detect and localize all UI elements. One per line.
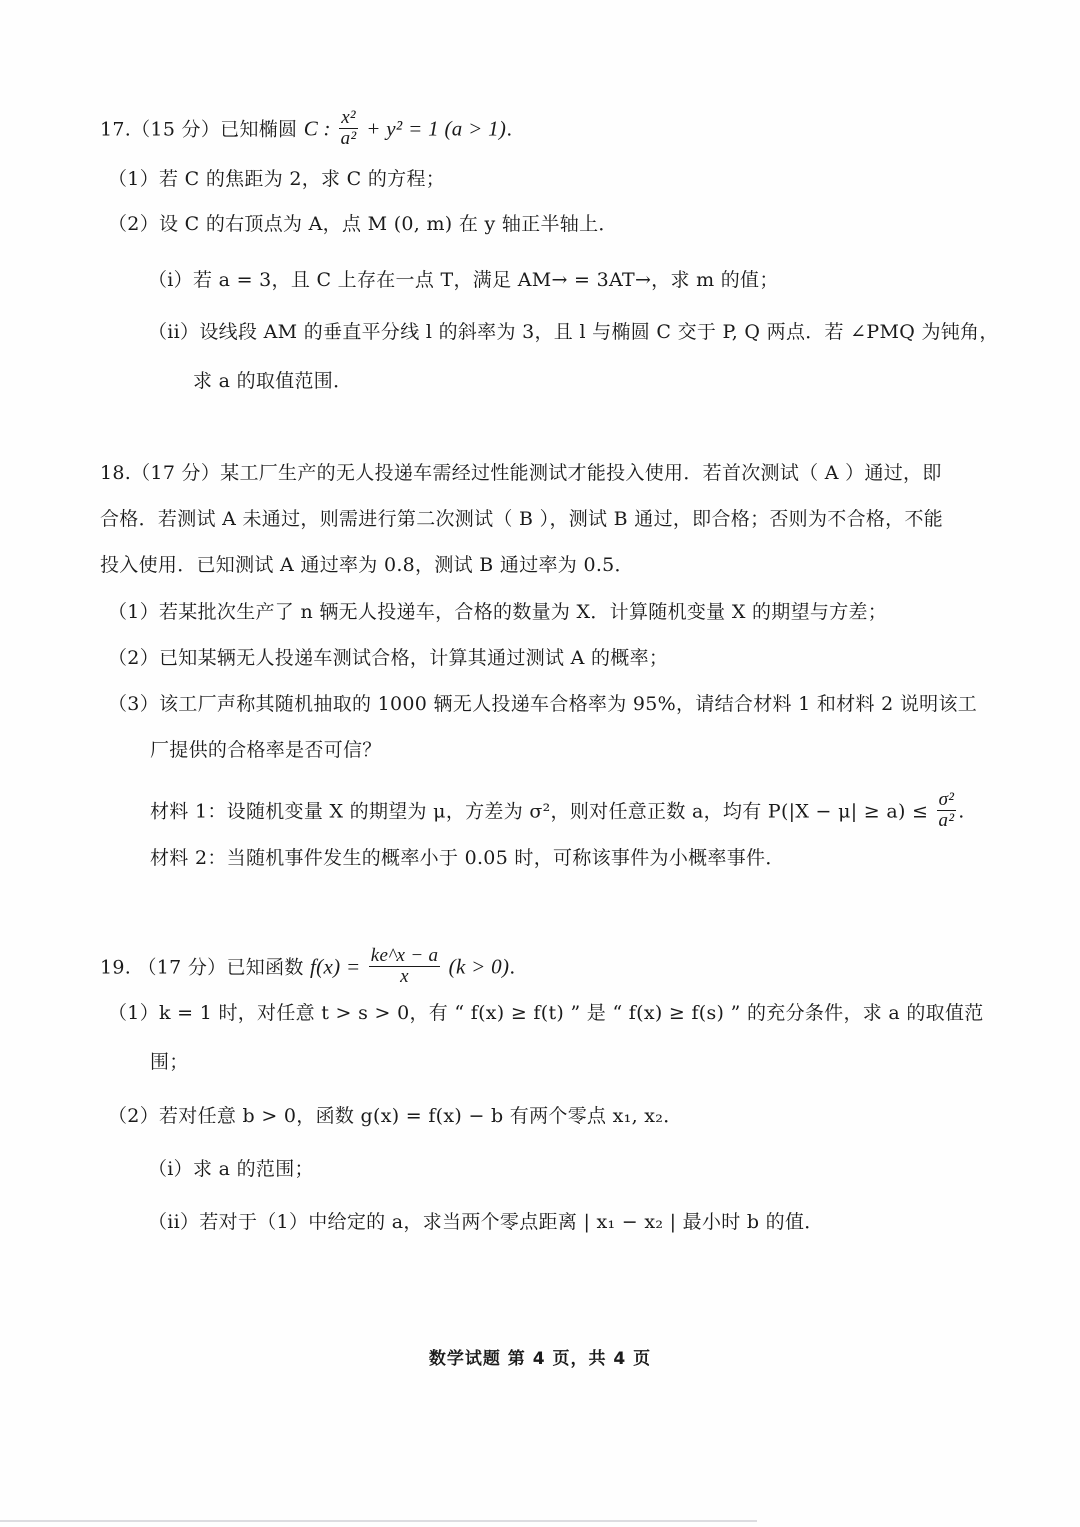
problem-18-stem-line-1: 18.（17 分）某工厂生产的无人投递车需经过性能测试才能投入使用．若首次测试（… [100, 461, 942, 485]
bottom-divider [0, 1520, 757, 1522]
problem-19-part-1: （1）k = 1 时，对任意 t > s > 0，有 “ f(x) ≥ f(t)… [108, 1001, 984, 1025]
problem-number: 18. [100, 462, 131, 484]
problem-18-part-3-cont: 厂提供的合格率是否可信？ [150, 738, 382, 762]
problem-19-part-1-cont: 围； [150, 1050, 189, 1074]
fraction: ke^x − ax [369, 946, 441, 987]
exam-page: 17.（15 分）已知椭圆 C : x²a² + y² = 1 (a > 1).… [0, 0, 1080, 1527]
problem-score: （15 分） [131, 119, 220, 141]
problem-18-stem-line-3: 投入使用．已知测试 A 通过率为 0.8，测试 B 通过率为 0.5． [100, 553, 634, 577]
page-footer: 数学试题 第 4 页，共 4 页 [0, 1344, 1080, 1369]
problem-18-material-2: 材料 2：当随机事件发生的概率小于 0.05 时，可称该事件为小概率事件． [150, 846, 785, 870]
problem-18-part-3: （3）该工厂声称其随机抽取的 1000 辆无人投递车合格率为 95%，请结合材料… [108, 692, 977, 716]
problem-19-part-2-ii: （ii）若对于（1）中给定的 a，求当两个零点距离 | x₁ − x₂ | 最小… [148, 1210, 824, 1234]
fraction: x²a² [339, 108, 358, 149]
problem-17-part-1: （1）若 C 的焦距为 2，求 C 的方程； [108, 167, 445, 191]
fraction: σ²a² [937, 790, 957, 831]
problem-score: （17 分） [137, 957, 226, 979]
problem-18-part-2: （2）已知某辆无人投递车测试合格，计算其通过测试 A 的概率； [108, 646, 668, 670]
problem-19-part-2: （2）若对任意 b > 0，函数 g(x) = f(x) − b 有两个零点 x… [108, 1104, 683, 1128]
problem-17-stem: 17.（15 分）已知椭圆 C : x²a² + y² = 1 (a > 1). [100, 110, 513, 151]
problem-19-stem: 19. （17 分）已知函数 f(x) = ke^x − ax (k > 0). [100, 948, 516, 989]
problem-17-part-2: （2）设 C 的右顶点为 A，点 M (0, m) 在 y 轴正半轴上． [108, 212, 618, 236]
problem-18-part-1: （1）若某批次生产了 n 辆无人投递车，合格的数量为 X．计算随机变量 X 的期… [108, 600, 887, 624]
problem-17-part-2-ii-cont: 求 a 的取值范围． [193, 369, 352, 393]
problem-17-part-2-i: （i）若 a = 3，且 C 上存在一点 T，满足 AM→ = 3AT→，求 m… [148, 268, 779, 292]
problem-18-material-1: 材料 1：设随机变量 X 的期望为 μ，方差为 σ²，则对任意正数 a，均有 P… [150, 792, 965, 833]
problem-18-stem-line-2: 合格．若测试 A 未通过，则需进行第二次测试（ B ），测试 B 通过，即合格；… [100, 507, 943, 531]
problem-17-part-2-ii: （ii）设线段 AM 的垂直平分线 l 的斜率为 3，且 l 与椭圆 C 交于 … [148, 320, 999, 344]
problem-score: （17 分） [131, 462, 220, 484]
problem-number: 17. [100, 119, 131, 141]
problem-number: 19. [100, 957, 131, 979]
problem-19-part-2-i: （i）求 a 的范围； [148, 1157, 314, 1181]
